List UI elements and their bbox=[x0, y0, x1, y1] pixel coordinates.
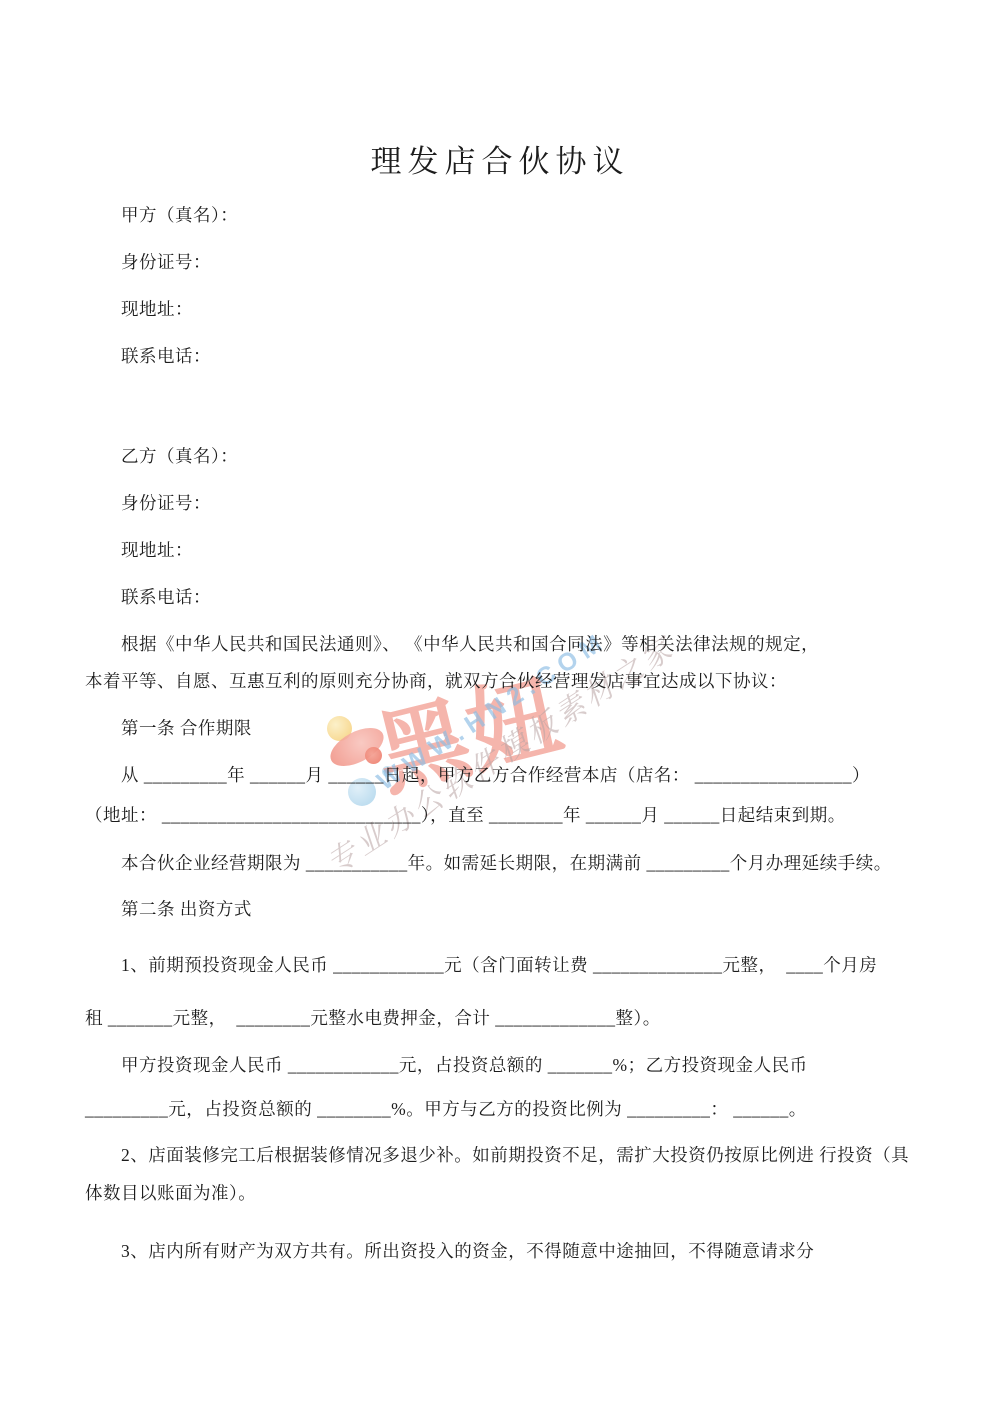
document-line: 3、店内所有财产为双方共有。所出资投入的资金，不得随意中途抽回，不得随意请求分 bbox=[85, 1239, 940, 1263]
document-line: 根据《中华人民共和国民法通则》、 《中华人民共和国合同法》等相关法律法规的规定， bbox=[85, 632, 940, 656]
document-line: 租 _______元整， ________元整水电费押金，合计 ________… bbox=[85, 1006, 940, 1030]
document-line: 身份证号： bbox=[85, 491, 940, 515]
document-line: 体数目以账面为准）。 bbox=[85, 1181, 940, 1205]
document-line: 乙方（真名）： bbox=[85, 444, 940, 468]
document-line: 甲方（真名）： bbox=[85, 203, 940, 227]
document-line: 联系电话： bbox=[85, 585, 940, 609]
document-line: 联系电话： bbox=[85, 344, 940, 368]
document-line: 本合伙企业经营期限为 ___________年。如需延长期限，在期满前 ____… bbox=[85, 851, 940, 875]
document-line: _________元，占投资总额的 ________%。甲方与乙方的投资比例为 … bbox=[85, 1097, 940, 1121]
document-line: 2、店面装修完工后根据装修情况多退少补。如前期投资不足，需扩大投资仍按原比例进 … bbox=[85, 1143, 940, 1167]
document-line: 1、前期预投资现金人民币 ____________元（含门面转让费 ______… bbox=[85, 953, 940, 977]
document-line: （地址： ____________________________），直至 __… bbox=[85, 803, 940, 827]
document-line: 第一条 合作期限 bbox=[85, 716, 940, 740]
document-line: 现地址： bbox=[85, 538, 940, 562]
document-line: 本着平等、自愿、互惠互利的原则充分协商，就双方合伙经营理发店事宜达成以下协议： bbox=[85, 669, 940, 693]
contract-page: 黑妞 WWW.HN2.COM 专业办公软件模板素材之家 理发店合伙协议 甲方（真… bbox=[0, 0, 1000, 1414]
document-line: 身份证号： bbox=[85, 250, 940, 274]
document-line: 从 _________年 ______月 ______日起，甲方乙方合作经营本店… bbox=[85, 763, 940, 787]
document-line: 现地址： bbox=[85, 297, 940, 321]
document-title: 理发店合伙协议 bbox=[0, 136, 1000, 181]
document-line: 第二条 出资方式 bbox=[85, 897, 940, 921]
document-line: 甲方投资现金人民币 ____________元，占投资总额的 _______%；… bbox=[85, 1053, 940, 1077]
document-content: 理发店合伙协议 甲方（真名）：身份证号：现地址：联系电话：乙方（真名）：身份证号… bbox=[0, 0, 1000, 1414]
